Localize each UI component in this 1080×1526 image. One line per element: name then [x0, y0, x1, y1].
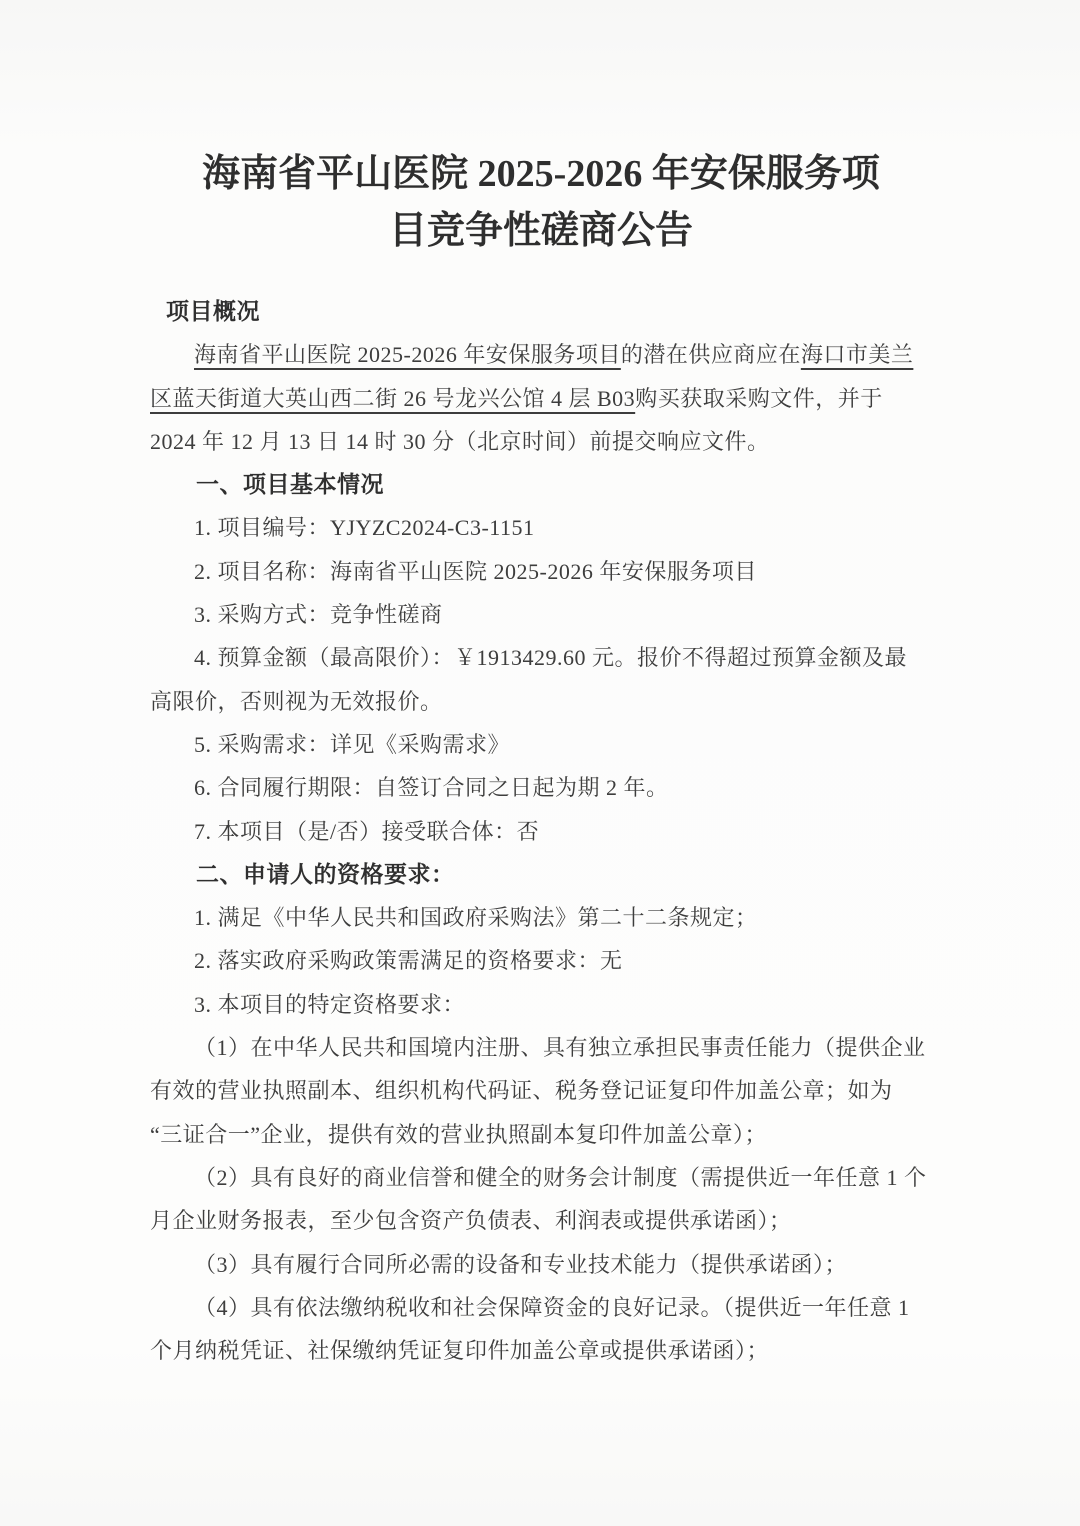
req-policy: 2. 落实政府采购政策需满足的资格要求：无: [150, 939, 932, 982]
overview-line-3: 2024 年 12 月 13 日 14 时 30 分（北京时间）前提交响应文件。: [150, 420, 932, 463]
overview-line-1: 海南省平山医院 2025-2026 年安保服务项目的潜在供应商应在海口市美兰: [150, 333, 932, 376]
req-1-line-1: （1）在中华人民共和国境内注册、具有独立承担民事责任能力（提供企业: [150, 1026, 932, 1069]
overview-rest-text: 购买获取采购文件，并于: [635, 386, 883, 411]
document-page: 海南省平山医院 2025-2026 年安保服务项 目竞争性磋商公告 项目概况 海…: [0, 146, 1080, 1372]
req-4-line-1: （4）具有依法缴纳税收和社会保障资金的良好记录。（提供近一年任意 1: [150, 1286, 932, 1329]
req-1-line-3: “三证合一”企业，提供有效的营业执照副本复印件加盖公章）；: [150, 1113, 932, 1156]
item-procurement-method: 3. 采购方式：竞争性磋商: [150, 593, 932, 636]
overview-mid-text: 的潜在供应商应在: [621, 342, 801, 367]
item-contract-term: 6. 合同履行期限：自签订合同之日起为期 2 年。: [150, 766, 932, 809]
section-2-heading: 二、申请人的资格要求：: [150, 853, 932, 896]
item-budget-line-1: 4. 预算金额（最高限价）：￥1913429.60 元。报价不得超过预算金额及最: [150, 636, 932, 679]
req-4-line-2: 个月纳税凭证、社保缴纳凭证复印件加盖公章或提供承诺函）；: [150, 1329, 932, 1372]
overview-line-2: 区蓝天街道大英山西二街 26 号龙兴公馆 4 层 B03购买获取采购文件，并于: [150, 377, 932, 420]
title-line-1: 海南省平山医院 2025-2026 年安保服务项: [150, 146, 932, 203]
underlined-address-start: 海口市美兰: [801, 342, 914, 367]
req-2-line-2: 月企业财务报表，至少包含资产负债表、利润表或提供承诺函）；: [150, 1199, 932, 1242]
item-budget-line-2: 高限价，否则视为无效报价。: [150, 680, 932, 723]
item-procurement-demand: 5. 采购需求：详见《采购需求》: [150, 723, 932, 766]
underlined-project-name: 海南省平山医院 2025-2026 年安保服务项目: [194, 342, 621, 367]
req-specific: 3. 本项目的特定资格要求：: [150, 983, 932, 1026]
overview-heading: 项目概况: [166, 290, 932, 333]
item-project-number: 1. 项目编号：YJYZC2024-C3-1151: [150, 506, 932, 549]
req-1-line-2: 有效的营业执照副本、组织机构代码证、税务登记证复印件加盖公章；如为: [150, 1069, 932, 1112]
item-consortium: 7. 本项目（是/否）接受联合体：否: [150, 810, 932, 853]
req-2-line-1: （2）具有良好的商业信誉和健全的财务会计制度（需提供近一年任意 1 个: [150, 1156, 932, 1199]
title-line-2: 目竞争性磋商公告: [150, 203, 932, 260]
req-3: （3）具有履行合同所必需的设备和专业技术能力（提供承诺函）；: [150, 1243, 932, 1286]
section-1-heading: 一、项目基本情况: [150, 463, 932, 506]
req-law: 1. 满足《中华人民共和国政府采购法》第二十二条规定；: [150, 896, 932, 939]
document-title: 海南省平山医院 2025-2026 年安保服务项 目竞争性磋商公告: [150, 146, 932, 260]
item-project-name: 2. 项目名称：海南省平山医院 2025-2026 年安保服务项目: [150, 550, 932, 593]
underlined-address-end: 区蓝天街道大英山西二街 26 号龙兴公馆 4 层 B03: [150, 386, 635, 411]
